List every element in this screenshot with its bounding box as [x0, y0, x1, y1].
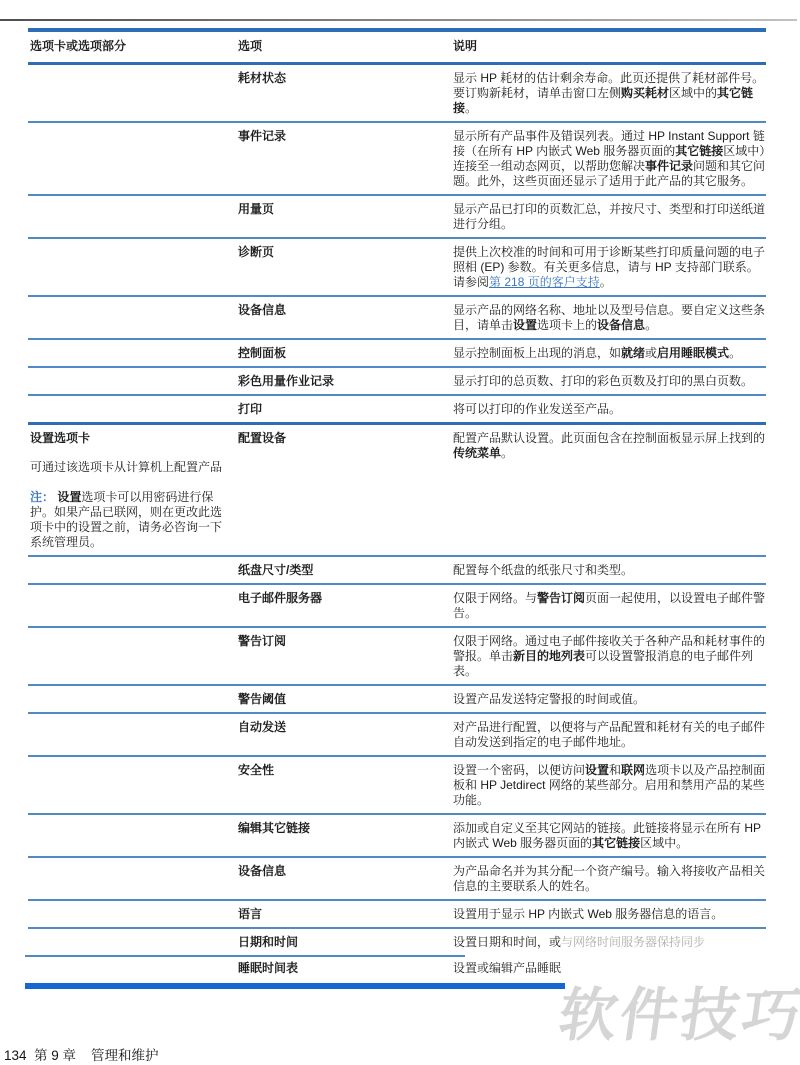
table-row: 事件记录 显示所有产品事件及错误列表。通过 HP Instant Support…	[28, 121, 766, 194]
tab-section-cell	[28, 585, 238, 626]
option-cell: 自动发送	[238, 714, 453, 755]
text-segment: 区域中的	[669, 86, 717, 100]
tab-section-cell	[28, 340, 238, 366]
text-segment: 为产品命名并为其分配一个资产编号。输入将接收产品相关信息的主要联系人的姓名。	[453, 864, 765, 893]
option-cell: 诊断页	[238, 239, 453, 295]
text-segment: 区域中。	[640, 836, 688, 850]
option-cell: 睡眠时间表	[238, 955, 453, 981]
table-row: 用量页 显示产品已打印的页数汇总，并按尺寸、类型和打印送纸道进行分组。	[28, 194, 766, 237]
text-segment: 配置产品默认设置。此页面包含在控制面板显示屏上找到的	[453, 431, 765, 445]
table-row: 睡眠时间表 设置或编辑产品睡眠	[28, 955, 766, 981]
table-row: 编辑其它链接 添加或自定义至其它网站的链接。此链接将显示在所有 HP 内嵌式 W…	[28, 813, 766, 856]
text-segment: 启用睡眠模式	[657, 346, 729, 360]
tab-section-cell	[28, 757, 238, 813]
description-cell: 显示产品的网络名称、地址以及型号信息。要自定义这些条目，请单击设置选项卡上的设备…	[453, 297, 766, 338]
text-segment: 设置	[513, 318, 537, 332]
column-header-description: 说明	[453, 39, 766, 54]
description-cell: 显示 HP 耗材的估计剩余寿命。此页还提供了耗材部件号。要订购新耗材，请单击窗口…	[453, 65, 766, 121]
tab-section-cell	[28, 196, 238, 237]
text-segment: 对产品进行配置，以便将与产品配置和耗材有关的电子邮件自动发送到指定的电子邮件地址…	[453, 720, 765, 749]
text-segment: 其它链接	[675, 144, 723, 158]
text-segment: 设置日期和时间，或	[453, 935, 561, 949]
tab-section-cell	[28, 628, 238, 684]
text-segment: 购买耗材	[621, 86, 669, 100]
text-segment: 设置	[57, 490, 81, 504]
table-row: 电子邮件服务器 仅限于网络。与警告订阅页面一起使用，以设置电子邮件警告。	[28, 583, 766, 626]
column-header-option: 选项	[238, 39, 453, 54]
text-segment: 设置一个密码，以便访问	[453, 763, 585, 777]
option-cell: 电子邮件服务器	[238, 585, 453, 626]
tab-note: 注： 设置选项卡可以用密码进行保护。如果产品已联网，则在更改此选项卡中的设置之前…	[30, 490, 226, 550]
text-segment: 设置	[585, 763, 609, 777]
text-segment: 配置每个纸盘的纸张尺寸和类型。	[453, 563, 633, 577]
table-row: 诊断页 提供上次校准的时间和可用于诊断某些打印质量问题的电子照相 (EP) 参数…	[28, 237, 766, 295]
option-cell: 耗材状态	[238, 65, 453, 121]
tab-section-cell	[28, 557, 238, 583]
text-segment: 与网络时间服务器保持同步	[561, 935, 705, 949]
table-body: 耗材状态 显示 HP 耗材的估计剩余寿命。此页还提供了耗材部件号。要订购新耗材，…	[28, 65, 766, 981]
text-segment: 联网	[621, 763, 645, 777]
option-cell: 打印	[238, 396, 453, 422]
option-cell: 配置设备	[238, 425, 453, 555]
text-segment: 传统菜单	[453, 446, 501, 460]
tab-section-cell: 设置选项卡可通过该选项卡从计算机上配置产品注： 设置选项卡可以用密码进行保护。如…	[28, 425, 238, 555]
table-bottom-rule	[25, 983, 565, 989]
tab-section-cell	[28, 686, 238, 712]
description-cell: 设置用于显示 HP 内嵌式 Web 服务器信息的语言。	[453, 901, 766, 927]
option-cell: 彩色用量作业记录	[238, 368, 453, 394]
description-cell: 显示控制面板上出现的消息，如就绪或启用睡眠模式。	[453, 340, 766, 366]
tab-section-cell	[28, 396, 238, 422]
table-row: 设备信息 显示产品的网络名称、地址以及型号信息。要自定义这些条目，请单击设置选项…	[28, 295, 766, 338]
option-cell: 用量页	[238, 196, 453, 237]
text-segment: 就绪	[621, 346, 645, 360]
text-segment: 将可以打印的作业发送至产品。	[453, 402, 621, 416]
option-cell: 设备信息	[238, 297, 453, 338]
description-cell: 对产品进行配置，以便将与产品配置和耗材有关的电子邮件自动发送到指定的电子邮件地址…	[453, 714, 766, 755]
tab-section-cell	[28, 955, 238, 981]
tab-section-cell	[28, 65, 238, 121]
tab-section-cell	[28, 123, 238, 194]
column-header-tab-section: 选项卡或选项部分	[28, 39, 238, 54]
manual-page: 选项卡或选项部分 选项 说明 耗材状态 显示 HP 耗材的估计剩余寿命。此页还提…	[0, 0, 800, 1065]
tab-section-cell	[28, 815, 238, 856]
tab-title: 设置选项卡	[30, 431, 226, 446]
text-segment: 注：	[30, 490, 54, 504]
page-footer: 134 第 9 章 管理和维护	[4, 1044, 159, 1064]
tab-subtitle: 可通过该选项卡从计算机上配置产品	[30, 460, 226, 475]
option-cell: 语言	[238, 901, 453, 927]
description-cell: 设置一个密码，以便访问设置和联网选项卡以及产品控制面板和 HP Jetdirec…	[453, 757, 766, 813]
table-row: 纸盘尺寸/类型 配置每个纸盘的纸张尺寸和类型。	[28, 555, 766, 583]
text-segment: 警告订阅	[537, 591, 585, 605]
text-segment: 显示控制面板上出现的消息，如	[453, 346, 621, 360]
tab-section-cell	[28, 714, 238, 755]
text-segment: 显示打印的总页数、打印的彩色页数及打印的黑白页数。	[453, 374, 753, 388]
table-row: 安全性 设置一个密码，以便访问设置和联网选项卡以及产品控制面板和 HP Jetd…	[28, 755, 766, 813]
text-segment: 。	[501, 446, 513, 460]
table-row: 自动发送 对产品进行配置，以便将与产品配置和耗材有关的电子邮件自动发送到指定的电…	[28, 712, 766, 755]
text-segment: 选项卡上的	[537, 318, 597, 332]
customer-support-link[interactable]: 第 218 页的客户支持	[489, 275, 600, 289]
description-cell: 设置日期和时间，或与网络时间服务器保持同步	[453, 929, 766, 955]
table-row: 语言 设置用于显示 HP 内嵌式 Web 服务器信息的语言。	[28, 899, 766, 927]
description-cell: 设置或编辑产品睡眠	[453, 955, 766, 981]
text-segment: 。	[729, 346, 741, 360]
tab-section-cell	[28, 929, 238, 955]
option-cell: 日期和时间	[238, 929, 453, 955]
text-segment: 新目的地列表	[513, 649, 585, 663]
option-cell: 警告订阅	[238, 628, 453, 684]
description-cell: 仅限于网络。通过电子邮件接收关于各种产品和耗材事件的警报。单击新目的地列表可以设…	[453, 628, 766, 684]
text-segment: 显示产品已打印的页数汇总，并按尺寸、类型和打印送纸道进行分组。	[453, 202, 765, 231]
text-segment: 和	[609, 763, 621, 777]
description-cell: 提供上次校准的时间和可用于诊断某些打印质量问题的电子照相 (EP) 参数。有关更…	[453, 239, 766, 295]
table-row: 设置选项卡可通过该选项卡从计算机上配置产品注： 设置选项卡可以用密码进行保护。如…	[28, 422, 766, 555]
text-segment: 设置产品发送特定警报的时间或值。	[453, 692, 645, 706]
text-segment: 设备信息	[597, 318, 645, 332]
tab-section-cell	[28, 297, 238, 338]
option-cell: 设备信息	[238, 858, 453, 899]
table-row: 警告阈值 设置产品发送特定警报的时间或值。	[28, 684, 766, 712]
option-cell: 安全性	[238, 757, 453, 813]
description-cell: 显示打印的总页数、打印的彩色页数及打印的黑白页数。	[453, 368, 766, 394]
table-row: 耗材状态 显示 HP 耗材的估计剩余寿命。此页还提供了耗材部件号。要订购新耗材，…	[28, 65, 766, 121]
table-row: 设备信息 为产品命名并为其分配一个资产编号。输入将接收产品相关信息的主要联系人的…	[28, 856, 766, 899]
text-segment: 事件记录	[645, 159, 693, 173]
text-segment: 其它链接	[592, 836, 640, 850]
description-cell: 显示产品已打印的页数汇总，并按尺寸、类型和打印送纸道进行分组。	[453, 196, 766, 237]
text-segment: 或	[645, 346, 657, 360]
table-row: 日期和时间 设置日期和时间，或与网络时间服务器保持同步	[28, 927, 766, 955]
option-cell: 警告阈值	[238, 686, 453, 712]
description-cell: 配置产品默认设置。此页面包含在控制面板显示屏上找到的传统菜单。	[453, 425, 766, 555]
options-table: 选项卡或选项部分 选项 说明 耗材状态 显示 HP 耗材的估计剩余寿命。此页还提…	[28, 28, 766, 989]
option-cell: 事件记录	[238, 123, 453, 194]
option-cell: 控制面板	[238, 340, 453, 366]
tab-section-cell	[28, 239, 238, 295]
text-segment: 。	[465, 101, 477, 115]
description-cell: 设置产品发送特定警报的时间或值。	[453, 686, 766, 712]
text-segment: 设置或编辑产品睡眠	[453, 961, 561, 975]
text-segment: 设置用于显示 HP 内嵌式 Web 服务器信息的语言。	[453, 907, 723, 921]
table-row: 彩色用量作业记录 显示打印的总页数、打印的彩色页数及打印的黑白页数。	[28, 366, 766, 394]
text-segment: 。	[600, 275, 612, 289]
description-cell: 配置每个纸盘的纸张尺寸和类型。	[453, 557, 766, 583]
page-top-rule	[0, 19, 797, 21]
option-cell: 编辑其它链接	[238, 815, 453, 856]
table-row: 警告订阅 仅限于网络。通过电子邮件接收关于各种产品和耗材事件的警报。单击新目的地…	[28, 626, 766, 684]
tab-section-cell	[28, 858, 238, 899]
description-cell: 仅限于网络。与警告订阅页面一起使用，以设置电子邮件警告。	[453, 585, 766, 626]
description-cell: 将可以打印的作业发送至产品。	[453, 396, 766, 422]
text-segment: 。	[645, 318, 657, 332]
option-cell: 纸盘尺寸/类型	[238, 557, 453, 583]
table-row: 打印 将可以打印的作业发送至产品。	[28, 394, 766, 422]
text-segment: 仅限于网络。与	[453, 591, 537, 605]
description-cell: 添加或自定义至其它网站的链接。此链接将显示在所有 HP 内嵌式 Web 服务器页…	[453, 815, 766, 856]
description-cell: 显示所有产品事件及错误列表。通过 HP Instant Support 链接（在…	[453, 123, 766, 194]
tab-section-cell	[28, 368, 238, 394]
table-header-row: 选项卡或选项部分 选项 说明	[28, 28, 766, 65]
table-row: 控制面板 显示控制面板上出现的消息，如就绪或启用睡眠模式。	[28, 338, 766, 366]
tab-section-cell	[28, 901, 238, 927]
description-cell: 为产品命名并为其分配一个资产编号。输入将接收产品相关信息的主要联系人的姓名。	[453, 858, 766, 899]
